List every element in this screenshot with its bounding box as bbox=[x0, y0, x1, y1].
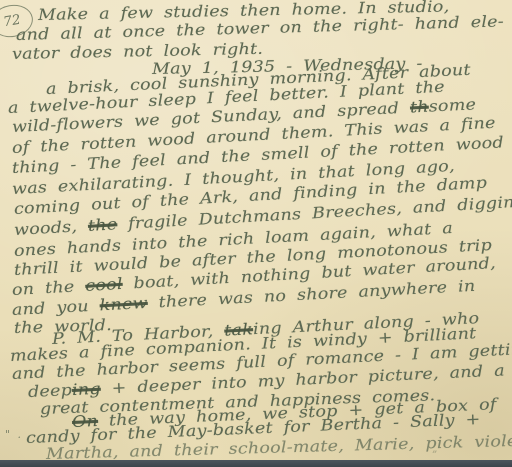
handwriting-text: deep bbox=[28, 381, 73, 401]
scan-edge-strip bbox=[0, 460, 512, 467]
handwriting-text: woods, bbox=[13, 217, 88, 239]
handwriting-text: some bbox=[428, 95, 476, 115]
crossed-out-word: knew bbox=[99, 294, 148, 314]
handwriting-text: and you bbox=[12, 296, 101, 319]
journal-page: 72 Make a few studies then home. In stud… bbox=[0, 0, 512, 467]
crossed-out-word: ing bbox=[72, 380, 102, 399]
handwriting-text: on the bbox=[11, 277, 85, 299]
crossed-out-word: th bbox=[410, 98, 430, 117]
crossed-out-word: the bbox=[87, 215, 117, 235]
crossed-out-word: cool bbox=[85, 275, 123, 295]
margin-marks: " . bbox=[5, 428, 23, 441]
